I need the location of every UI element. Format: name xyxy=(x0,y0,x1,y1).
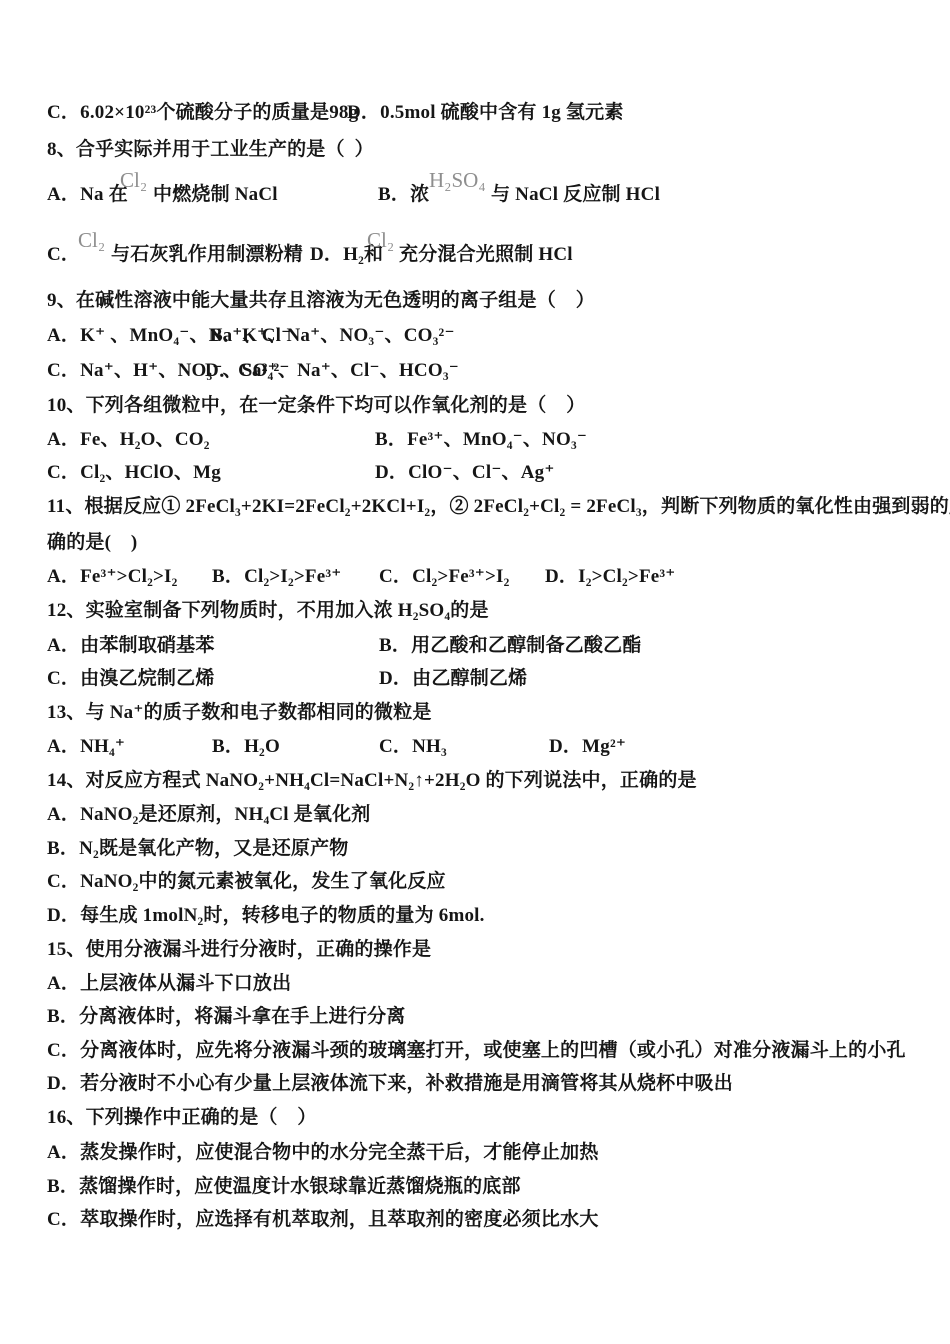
text-run: B．Fe³⁺、MnO₄⁻、NO₃⁻ xyxy=(375,427,587,453)
text-run: C．NH₃ xyxy=(379,734,447,760)
line-q13-stem: 13、与 Na⁺的质子数和电子数都相同的微粒是 xyxy=(47,700,927,728)
text-run: A．NaNO₂是还原剂，NH₄Cl 是氧化剂 xyxy=(47,802,371,828)
text-run: 确的是( ) xyxy=(47,530,137,556)
line-q13-options: A．NH₄⁺B．H₂OC．NH₃D．Mg²⁺ xyxy=(47,734,927,762)
text-run: A．Fe³⁺>Cl₂>I₂ xyxy=(47,564,178,590)
text-run: C．6.02×10²³个硫酸分子的质量是98g xyxy=(47,100,358,126)
text-run: D．Mg²⁺ xyxy=(549,734,626,760)
line-q14-option-a: A．NaNO₂是还原剂，NH₄Cl 是氧化剂 xyxy=(47,802,927,830)
text-run: B．蒸馏操作时，应使温度计水银球靠近蒸馏烧瓶的底部 xyxy=(47,1174,521,1200)
text-run: A．NH₄⁺ xyxy=(47,734,125,760)
line-q11-stem-1: 11、根据反应① 2FeCl₃+2KI=2FeCl₂+2KCl+I₂，② 2Fe… xyxy=(47,494,927,522)
text-run: A．Na 在 xyxy=(47,182,128,208)
text-run: B．用乙酸和乙醇制备乙酸乙酯 xyxy=(379,633,641,659)
line-q9-options-ab: A．K⁺ 、MnO₄⁻、Na⁺、Cl⁻B．K⁺、Na⁺、NO₃⁻、CO₃²⁻ xyxy=(47,323,927,351)
line-q12-options-cd: C．由溴乙烷制乙烯D．由乙醇制乙烯 xyxy=(47,666,927,694)
text-run: D．I₂>Cl₂>Fe³⁺ xyxy=(545,564,676,590)
text-run: D．ClO⁻、Cl⁻、Ag⁺ xyxy=(375,460,555,486)
line-q12-options-ab: A．由苯制取硝基苯B．用乙酸和乙醇制备乙酸乙酯 xyxy=(47,633,927,661)
text-run: B．K⁺、Na⁺、NO₃⁻、CO₃²⁻ xyxy=(210,323,455,349)
text-run: 充分混合光照制 HCl xyxy=(399,242,573,268)
text-run: C． xyxy=(47,242,80,268)
line-q11-options: A．Fe³⁺>Cl₂>I₂B．Cl₂>I₂>Fe³⁺C．Cl₂>Fe³⁺>I₂D… xyxy=(47,564,927,592)
line-q15-option-d: D．若分液时不小心有少量上层液体流下来，补救措施是用滴管将其从烧杯中吸出 xyxy=(47,1071,927,1099)
text-run: B．H₂O xyxy=(212,734,280,760)
line-q10-options-cd: C．Cl₂、HClO、MgD．ClO⁻、Cl⁻、Ag⁺ xyxy=(47,460,927,488)
text-run: 中燃烧制 NaCl xyxy=(153,182,278,208)
text-run: 8、合乎实际并用于工业生产的是（ ） xyxy=(47,137,374,163)
line-q12-stem: 12、实验室制备下列物质时，不用加入浓 H₂SO₄的是 xyxy=(47,598,927,626)
text-run: C．分离液体时，应先将分液漏斗颈的玻璃塞打开，或使塞上的凹槽（或小孔）对准分液漏… xyxy=(47,1038,906,1064)
text-run: C．由溴乙烷制乙烯 xyxy=(47,666,215,692)
text-run: 12、实验室制备下列物质时，不用加入浓 H₂SO₄的是 xyxy=(47,598,489,624)
line-q15-option-a: A．上层液体从漏斗下口放出 xyxy=(47,971,927,999)
inline-formula-image: Cl₂ xyxy=(78,227,105,253)
line-q15-option-c: C．分离液体时，应先将分液漏斗颈的玻璃塞打开，或使塞上的凹槽（或小孔）对准分液漏… xyxy=(47,1038,927,1066)
line-q16-option-a: A．蒸发操作时，应使混合物中的水分完全蒸干后，才能停止加热 xyxy=(47,1140,927,1168)
text-run: D．每生成 1molN₂时，转移电子的物质的量为 6mol. xyxy=(47,903,485,929)
text-run: B．Cl₂>I₂>Fe³⁺ xyxy=(212,564,341,590)
line-q16-option-b: B．蒸馏操作时，应使温度计水银球靠近蒸馏烧瓶的底部 xyxy=(47,1174,927,1202)
inline-formula-image: Cl₂ xyxy=(367,227,394,253)
text-run: 14、对反应方程式 NaNO₂+NH₄Cl=NaCl+N₂↑+2H₂O 的下列说… xyxy=(47,768,697,794)
inline-formula-image: H₂SO₄ xyxy=(429,167,486,193)
line-q14-option-d: D．每生成 1molN₂时，转移电子的物质的量为 6mol. xyxy=(47,903,927,931)
text-run: 10、下列各组微粒中，在一定条件下均可以作氧化剂的是（ ） xyxy=(47,393,585,419)
text-run: 与 NaCl 反应制 HCl xyxy=(491,182,660,208)
text-run: B．分离液体时，将漏斗拿在手上进行分离 xyxy=(47,1004,405,1030)
text-run: 16、下列操作中正确的是（ ） xyxy=(47,1105,317,1131)
text-run: 9、在碱性溶液中能大量共存且溶液为无色透明的离子组是（ ） xyxy=(47,288,595,314)
text-run: C．Cl₂>Fe³⁺>I₂ xyxy=(379,564,510,590)
text-run: D．Ca²⁺、Na⁺、Cl⁻、HCO₃⁻ xyxy=(205,358,459,384)
text-run: B．浓 xyxy=(378,182,429,208)
line-q15-option-b: B．分离液体时，将漏斗拿在手上进行分离 xyxy=(47,1004,927,1032)
text-run: D．若分液时不小心有少量上层液体流下来，补救措施是用滴管将其从烧杯中吸出 xyxy=(47,1071,733,1097)
exam-page: C．6.02×10²³个硫酸分子的质量是98gD．0.5mol 硫酸中含有 1g… xyxy=(0,0,950,1344)
line-q11-stem-2: 确的是( ) xyxy=(47,530,927,558)
text-run: 13、与 Na⁺的质子数和电子数都相同的微粒是 xyxy=(47,700,432,726)
line-q10-stem: 10、下列各组微粒中，在一定条件下均可以作氧化剂的是（ ） xyxy=(47,393,927,421)
line-q9-stem: 9、在碱性溶液中能大量共存且溶液为无色透明的离子组是（ ） xyxy=(47,288,927,316)
line-q16-option-c: C．萃取操作时，应选择有机萃取剂，且萃取剂的密度必须比水大 xyxy=(47,1207,927,1235)
line-q10-options-ab: A．Fe、H₂O、CO₂B．Fe³⁺、MnO₄⁻、NO₃⁻ xyxy=(47,427,927,455)
text-run: C．NaNO₂中的氮元素被氧化，发生了氧化反应 xyxy=(47,869,446,895)
text-run: A．蒸发操作时，应使混合物中的水分完全蒸干后，才能停止加热 xyxy=(47,1140,599,1166)
text-run: A．上层液体从漏斗下口放出 xyxy=(47,971,291,997)
line-q14-stem: 14、对反应方程式 NaNO₂+NH₄Cl=NaCl+N₂↑+2H₂O 的下列说… xyxy=(47,768,927,796)
text-run: 15、使用分液漏斗进行分液时，正确的操作是 xyxy=(47,937,431,963)
inline-formula-image: Cl₂ xyxy=(120,167,147,193)
line-q8-options-ab: A．Na 在Cl₂中燃烧制 NaClB．浓H₂SO₄与 NaCl 反应制 HCl xyxy=(47,182,927,210)
text-run: A．Fe、H₂O、CO₂ xyxy=(47,427,210,453)
text-run: D．由乙醇制乙烯 xyxy=(379,666,527,692)
text-run: A．由苯制取硝基苯 xyxy=(47,633,215,659)
line-q8-stem: 8、合乎实际并用于工业生产的是（ ） xyxy=(47,137,927,165)
line-q8-options-cd: C．Cl₂与石灰乳作用制漂粉精D．H₂和Cl₂充分混合光照制 HCl xyxy=(47,242,927,270)
text-run: D．0.5mol 硫酸中含有 1g 氢元素 xyxy=(347,100,624,126)
text-run: C．萃取操作时，应选择有机萃取剂，且萃取剂的密度必须比水大 xyxy=(47,1207,599,1233)
line-q7-options-cd: C．6.02×10²³个硫酸分子的质量是98gD．0.5mol 硫酸中含有 1g… xyxy=(47,100,927,128)
text-run: 与石灰乳作用制漂粉精 xyxy=(111,242,303,268)
line-q14-option-b: B．N₂既是氧化产物，又是还原产物 xyxy=(47,836,927,864)
text-run: C．Cl₂、HClO、Mg xyxy=(47,460,221,486)
text-run: B．N₂既是氧化产物，又是还原产物 xyxy=(47,836,349,862)
line-q16-stem: 16、下列操作中正确的是（ ） xyxy=(47,1105,927,1133)
line-q14-option-c: C．NaNO₂中的氮元素被氧化，发生了氧化反应 xyxy=(47,869,927,897)
text-run: 11、根据反应① 2FeCl₃+2KI=2FeCl₂+2KCl+I₂，② 2Fe… xyxy=(47,494,950,520)
line-q15-stem: 15、使用分液漏斗进行分液时，正确的操作是 xyxy=(47,937,927,965)
line-q9-options-cd: C．Na⁺、H⁺、NO₃⁻、SO₄²⁻D．Ca²⁺、Na⁺、Cl⁻、HCO₃⁻ xyxy=(47,358,927,386)
